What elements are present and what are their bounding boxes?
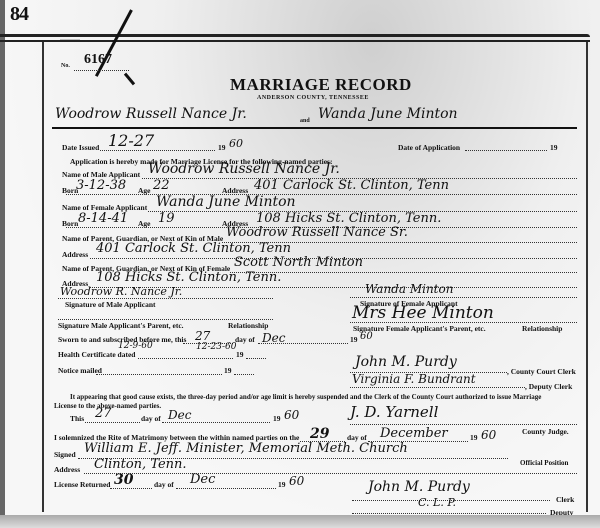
female-age-value: 19 bbox=[158, 211, 175, 226]
sworn-day: 27 bbox=[195, 329, 210, 343]
sworn-year: 60 bbox=[360, 331, 373, 342]
left-margin-line bbox=[42, 42, 44, 512]
date-issued-label: Date Issued bbox=[62, 143, 99, 152]
female-born-value: 8-14-41 bbox=[78, 211, 128, 226]
license-returned-month: Dec bbox=[190, 472, 215, 487]
top-rule bbox=[0, 34, 590, 37]
male-born-value: 3-12-38 bbox=[76, 178, 126, 193]
female-parent-name: Scott North Minton bbox=[234, 255, 363, 270]
sworn-note-2: 12-23-60 bbox=[196, 342, 236, 352]
license-returned-day: 30 bbox=[114, 472, 133, 488]
marriage-record-page: 84 ————— No. 6167 MARRIAGE RECORD ANDERS… bbox=[0, 0, 600, 528]
page-number: 84 bbox=[10, 3, 28, 26]
header-conjunction: and bbox=[300, 118, 310, 124]
date-issued-value: 12-27 bbox=[108, 131, 154, 150]
license-returned-year: 60 bbox=[289, 474, 304, 488]
female-parent-address: 108 Hicks St. Clinton, Tenn. bbox=[96, 270, 281, 285]
return-deputy-signature: C. L. P. bbox=[418, 496, 456, 509]
record-number: 6167 bbox=[84, 52, 112, 68]
license-returned-label: License Returned bbox=[54, 480, 110, 489]
official-position-label: Official Position bbox=[520, 459, 568, 467]
solemnized-month: December bbox=[380, 426, 448, 441]
return-clerk-signature: John M. Purdy bbox=[368, 479, 470, 495]
male-address-value: 401 Carlock St. Clinton, Tenn bbox=[254, 178, 449, 193]
health-certificate-label: Health Certificate dated bbox=[58, 350, 135, 359]
female-name-value: Wanda June Minton bbox=[156, 194, 296, 210]
document-subtitle: ANDERSON COUNTY, TENNESSEE bbox=[257, 95, 369, 101]
form-code: ————— bbox=[60, 36, 80, 41]
county-judge-signature: J. D. Yarnell bbox=[350, 403, 438, 421]
male-parent-address: 401 Carlock St. Clinton, Tenn bbox=[96, 241, 291, 256]
document-title: MARRIAGE RECORD bbox=[230, 75, 412, 95]
male-age-value: 22 bbox=[153, 178, 170, 193]
binding-edge bbox=[0, 0, 5, 528]
date-issued-year: 60 bbox=[229, 137, 243, 150]
right-border-line bbox=[586, 42, 588, 512]
date-application-label: Date of Application bbox=[398, 143, 460, 152]
suspension-year: 60 bbox=[284, 408, 299, 422]
female-applicant-signature: Wanda Minton bbox=[365, 282, 453, 296]
record-number-label: No. bbox=[61, 63, 70, 69]
county-clerk-signature: John M. Purdy bbox=[355, 354, 457, 370]
officiant-address: Clinton, Tenn. bbox=[94, 457, 187, 472]
male-name-value: Woodrow Russell Nance Jr. bbox=[148, 161, 340, 177]
male-parent-name: Woodrow Russell Nance Sr. bbox=[226, 225, 408, 240]
female-parent-signature: Mrs Hee Minton bbox=[352, 303, 494, 323]
page-bottom-edge bbox=[0, 515, 600, 528]
solemnized-year: 60 bbox=[481, 428, 496, 442]
deputy-clerk-signature: Virginia F. Bundrant bbox=[352, 372, 476, 386]
officiant-signature: William E. Jeff. Minister, Memorial Meth… bbox=[84, 441, 408, 456]
female-address-value: 108 Hicks St. Clinton, Tenn. bbox=[256, 211, 441, 226]
header-male-name: Woodrow Russell Nance Jr. bbox=[55, 106, 247, 122]
suspension-text-1: It appearing that good cause exists, the… bbox=[70, 393, 541, 401]
header-female-name: Wanda June Minton bbox=[318, 106, 458, 122]
male-applicant-signature: Woodrow R. Nance Jr. bbox=[60, 285, 182, 298]
sworn-month: Dec bbox=[262, 331, 285, 345]
top-rule-inner bbox=[0, 40, 590, 42]
checkmark-hook bbox=[124, 73, 135, 86]
suspension-day: 27 bbox=[95, 406, 112, 421]
solemnized-day: 29 bbox=[310, 426, 329, 442]
names-underline bbox=[52, 127, 577, 129]
suspension-month: Dec bbox=[168, 408, 191, 422]
